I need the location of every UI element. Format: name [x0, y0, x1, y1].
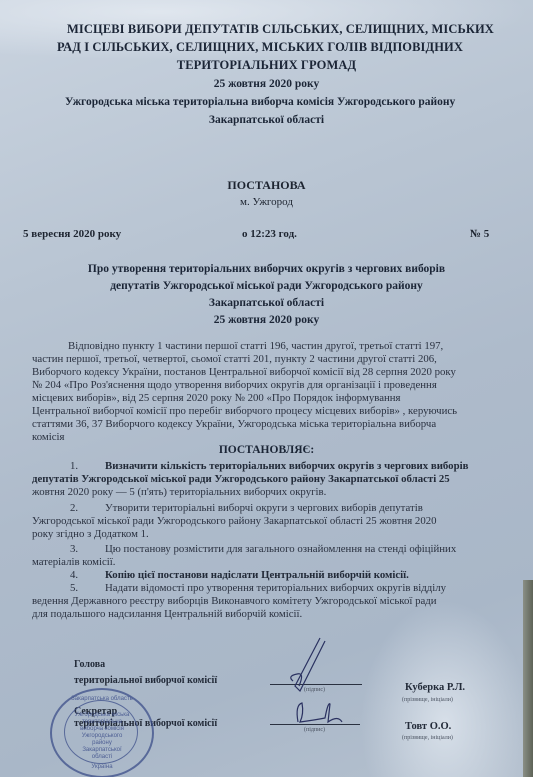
preamble-line: статтями 36, 37 Виборчого кодексу Україн… — [32, 418, 436, 430]
item-line: Ужгородської міської ради Ужгородського … — [32, 515, 437, 527]
item-line: для подальшого надсилання Центральній ви… — [32, 608, 302, 620]
stamp-bottom-text: Україна — [52, 764, 152, 770]
preamble-line: Відповідно пункту 1 частини першої статт… — [68, 340, 443, 352]
stamp-center-text: Ужгородська міська територіальна виборча… — [72, 712, 132, 761]
preamble-line: місцевих виборів», від 25 серпня 2020 ро… — [32, 392, 401, 404]
paper-edge — [523, 580, 533, 777]
official-stamp: Закарпатська область Ужгородська міська … — [50, 688, 154, 777]
subject-line3: Закарпатської області — [0, 297, 533, 309]
preamble-line: частин першої, третьої, четвертої, сьомо… — [32, 353, 437, 365]
resolution-date: 5 вересня 2020 року — [23, 228, 121, 240]
item-number: 5. — [70, 582, 78, 594]
item-line: ведення Державного реєстру виборців Вико… — [32, 595, 437, 607]
commission-line2: Закарпатської області — [0, 114, 533, 126]
resolution-number: № 5 — [470, 228, 489, 240]
header-title-line1: МІСЦЕВІ ВИБОРИ ДЕПУТАТІВ СІЛЬСЬКИХ, СЕЛИ… — [67, 22, 494, 37]
signer-name: Товт О.О. — [405, 721, 451, 732]
item-number: 4. — [70, 569, 78, 581]
signer-name: Куберка Р.Л. — [405, 682, 465, 693]
signer-role: територіальної виборчої комісії — [74, 675, 217, 686]
item-number: 3. — [70, 543, 78, 555]
signer-role: Голова — [74, 659, 105, 670]
election-date: 25 жовтня 2020 року — [0, 78, 533, 90]
subject-line1: Про утворення територіальних виборчих ок… — [0, 263, 533, 275]
item-line: Цю постанову розмістити для загального о… — [105, 543, 456, 555]
signature-icon — [285, 636, 335, 696]
commission-line1: Ужгородська міська територіальна виборча… — [65, 96, 455, 108]
preamble-line: Центральної виборчої комісії про перебіг… — [32, 405, 457, 417]
subject-line2: депутатів Ужгородської міської ради Ужго… — [0, 280, 533, 292]
item-line: Визначити кількість територіальних вибор… — [105, 460, 468, 472]
decides-label: ПОСТАНОВЛЯЄ: — [0, 444, 533, 456]
preamble-line: № 204 «Про Роз'яснення щодо утворення ви… — [32, 379, 437, 391]
resolution-type: ПОСТАНОВА — [0, 178, 533, 193]
item-line: жовтня 2020 року — 5 (п'ять) територіаль… — [32, 486, 326, 498]
item-number: 2. — [70, 502, 78, 514]
item-line: Копію цієї постанови надіслати Центральн… — [105, 569, 409, 581]
item-line: Надати відомості про утворення територіа… — [105, 582, 446, 594]
item-line: року згідно з Додатком 1. — [32, 528, 149, 540]
subject-line4: 25 жовтня 2020 року — [0, 314, 533, 326]
item-line: матеріалів комісії. — [32, 556, 115, 568]
signer-name-caption: (прізвище, ініціали) — [402, 735, 453, 741]
resolution-time: о 12:23 год. — [242, 228, 297, 240]
preamble-line: комісія — [32, 431, 64, 443]
resolution-city: м. Ужгород — [0, 196, 533, 208]
header-title-line2: РАД І СІЛЬСЬКИХ, СЕЛИЩНИХ, МІСЬКИХ ГОЛІВ… — [57, 40, 463, 55]
signature-icon — [290, 700, 350, 728]
stamp-top-text: Закарпатська область — [52, 696, 152, 702]
signer-name-caption: (прізвище, ініціали) — [402, 697, 453, 703]
item-number: 1. — [70, 460, 78, 472]
preamble-line: Виборчого кодексу України, постанов Цент… — [32, 366, 456, 378]
item-line: Утворити територіальні виборчі округи з … — [105, 502, 423, 514]
header-title-line3: ТЕРИТОРІАЛЬНИХ ГРОМАД — [0, 58, 533, 73]
item-line: депутатів Ужгородської міської ради Ужго… — [32, 473, 450, 485]
